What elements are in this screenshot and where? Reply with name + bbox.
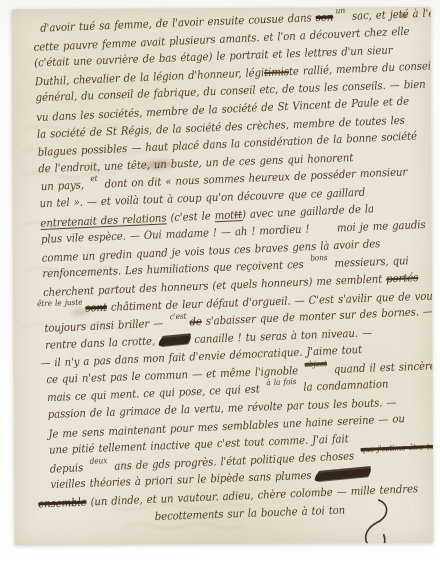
ink-scribble (158, 335, 192, 346)
letter-segment: timis (264, 65, 289, 79)
letter-segment: son (315, 10, 333, 24)
letter-segment: un pays, (41, 179, 89, 194)
letter-segment: c'est (170, 312, 187, 322)
letter-segment: bons (310, 253, 328, 263)
manuscript-paper: d'avoir tué sa femme, de l'avoir ensuite… (12, 7, 434, 545)
letter-segment: et (90, 174, 97, 183)
letter-segment: de (189, 315, 202, 329)
letter-segment: moi je me gaudis (337, 218, 426, 234)
letter-segment: la condamnation (299, 378, 388, 395)
ink-scribble (314, 468, 372, 481)
letter-segment: depuis (50, 461, 88, 476)
letter-segment: deux (89, 456, 107, 466)
letter-segment: portés (386, 271, 419, 285)
letter-segment: abject (304, 359, 327, 369)
letter-segment: mot (214, 208, 234, 222)
letter-segment: ensemble (38, 496, 87, 511)
letter-segment: un (336, 7, 346, 15)
letter-segment: à la fois (266, 378, 296, 388)
letter-segment: sac, et jeté à l'eau (348, 7, 434, 23)
letter-text: d'avoir tué sa femme, de l'avoir ensuite… (33, 7, 434, 532)
signature-flourish (353, 496, 398, 545)
letter-segment: messieurs, qui (330, 255, 409, 271)
letter-segment: quand il est sincère (330, 359, 434, 376)
letter-segment: être le juste (37, 297, 83, 308)
letter-segment: sont (85, 300, 107, 314)
letter-segment: (c'est le (166, 209, 215, 224)
